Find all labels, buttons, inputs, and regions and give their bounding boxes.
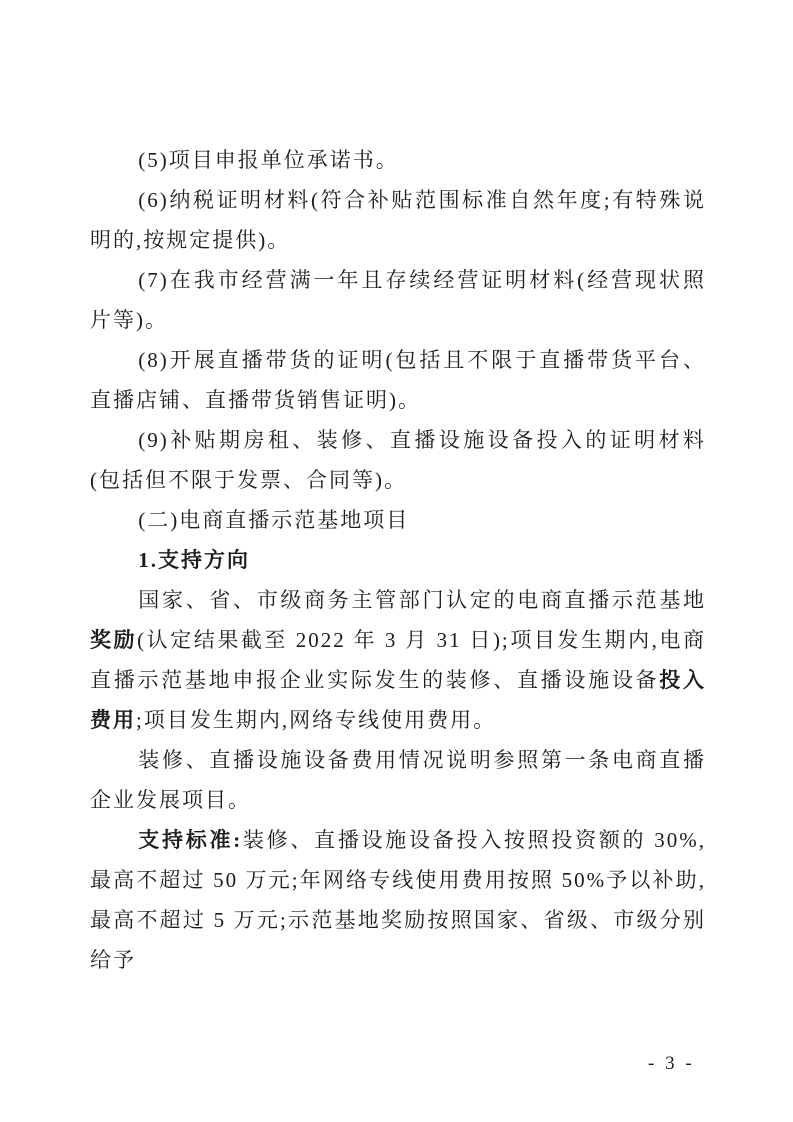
text-run: (7)在我市经营满一年且存续经营证明材料(经营现状照片等)。	[90, 268, 706, 332]
text-run: (6)纳税证明材料(符合补贴范围标准自然年度;有特殊说明的,按规定提供)。	[90, 188, 706, 252]
text-run: ;项目发生期内,网络专线使用费用。	[136, 708, 496, 732]
text-run: (8)开展直播带货的证明(包括且不限于直播带货平台、直播店铺、直播带货销售证明)…	[90, 348, 706, 412]
text-run: 装修、直播设施设备费用情况说明参照第一条电商直播企业发展项目。	[90, 748, 706, 812]
paragraph: 1.支持方向	[90, 540, 706, 580]
bold-text-run: 支持标准:	[138, 828, 242, 852]
text-run: (二)电商直播示范基地项目	[138, 508, 409, 532]
document-body: (5)项目申报单位承诺书。(6)纳税证明材料(符合补贴范围标准自然年度;有特殊说…	[90, 140, 706, 980]
text-run: (9)补贴期房租、装修、直播设施设备投入的证明材料(包括但不限于发票、合同等)。	[90, 428, 706, 492]
paragraph: (5)项目申报单位承诺书。	[90, 140, 706, 180]
text-run: (5)项目申报单位承诺书。	[138, 148, 399, 172]
bold-text-run: 1.支持方向	[138, 548, 250, 572]
paragraph: 国家、省、市级商务主管部门认定的电商直播示范基地奖励(认定结果截至 2022 年…	[90, 580, 706, 740]
paragraph: 支持标准:装修、直播设施设备投入按照投资额的 30%,最高不超过 50 万元;年…	[90, 820, 706, 980]
paragraph: (8)开展直播带货的证明(包括且不限于直播带货平台、直播店铺、直播带货销售证明)…	[90, 340, 706, 420]
paragraph: (7)在我市经营满一年且存续经营证明材料(经营现状照片等)。	[90, 260, 706, 340]
bold-text-run: 奖励	[90, 628, 137, 652]
paragraph: (二)电商直播示范基地项目	[90, 500, 706, 540]
document-page: (5)项目申报单位承诺书。(6)纳税证明材料(符合补贴范围标准自然年度;有特殊说…	[0, 0, 793, 1122]
paragraph: (6)纳税证明材料(符合补贴范围标准自然年度;有特殊说明的,按规定提供)。	[90, 180, 706, 260]
text-run: 国家、省、市级商务主管部门认定的电商直播示范基地	[138, 588, 706, 612]
paragraph: 装修、直播设施设备费用情况说明参照第一条电商直播企业发展项目。	[90, 740, 706, 820]
text-run: (认定结果截至 2022 年 3 月 31 日);项目发生期内,电商直播示范基地…	[90, 628, 706, 692]
paragraph: (9)补贴期房租、装修、直播设施设备投入的证明材料(包括但不限于发票、合同等)。	[90, 420, 706, 500]
page-number: - 3 -	[648, 1052, 695, 1076]
